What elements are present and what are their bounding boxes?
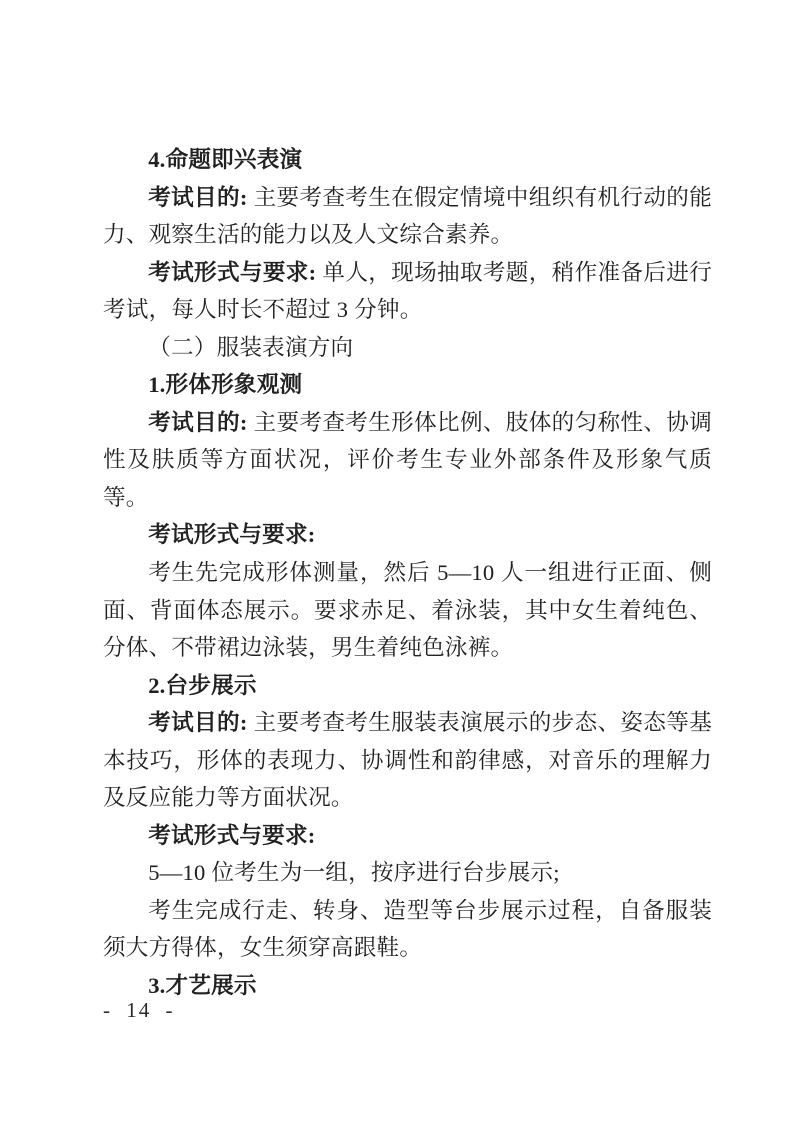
document-page: 4.命题即兴表演 考试目的: 主要考查考生在假定情境中组织有机行动的能力、观察生…: [0, 0, 794, 1123]
paragraph-label: 考试目的:: [148, 185, 247, 210]
heading-text: 考试形式与要求:: [148, 823, 315, 848]
section-heading-fashion-performance: （二）服装表演方向: [103, 329, 712, 367]
heading-exam-format-3: 考试形式与要求:: [103, 817, 712, 855]
paragraph-exam-purpose-1: 考试目的: 主要考查考生在假定情境中组织有机行动的能力、观察生活的能力以及人文综…: [103, 179, 712, 254]
heading-text: 2.台步展示: [148, 673, 257, 698]
heading-text: 4.命题即兴表演: [148, 147, 302, 172]
heading-2-runway-walk: 2.台步展示: [103, 667, 712, 705]
paragraph-exam-format-1: 考试形式与要求: 单人，现场抽取考题，稍作准备后进行考试，每人时长不超过 3 分…: [103, 254, 712, 329]
paragraph-body-measurement: 考生先完成形体测量，然后 5—10 人一组进行正面、侧面、背面体态展示。要求赤足…: [103, 554, 712, 667]
paragraph-group-order: 5—10 位考生为一组，按序进行台步展示;: [103, 854, 712, 892]
heading-3-talent-show: 3.才艺展示: [103, 967, 712, 1005]
paragraph-label: 考试目的:: [148, 710, 247, 735]
section-heading-text: （二）服装表演方向: [148, 335, 353, 360]
paragraph-text: 5—10 位考生为一组，按序进行台步展示;: [148, 860, 560, 885]
paragraph-exam-purpose-2: 考试目的: 主要考查考生形体比例、肢体的匀称性、协调性及肤质等方面状况，评价考生…: [103, 404, 712, 517]
paragraph-text: 考生先完成形体测量，然后 5—10 人一组进行正面、侧面、背面体态展示。要求赤足…: [103, 560, 712, 660]
heading-4-improv-performance: 4.命题即兴表演: [103, 141, 712, 179]
heading-text: 考试形式与要求:: [148, 522, 315, 547]
heading-1-body-figure-observation: 1.形体形象观测: [103, 366, 712, 404]
heading-text: 3.才艺展示: [148, 973, 257, 998]
page-number: - 14 -: [103, 998, 175, 1023]
paragraph-label: 考试目的:: [148, 410, 247, 435]
heading-exam-format-2: 考试形式与要求:: [103, 516, 712, 554]
paragraph-walk-requirements: 考生完成行走、转身、造型等台步展示过程，自备服装须大方得体，女生须穿高跟鞋。: [103, 892, 712, 967]
paragraph-label: 考试形式与要求:: [148, 260, 316, 285]
document-body: 4.命题即兴表演 考试目的: 主要考查考生在假定情境中组织有机行动的能力、观察生…: [103, 141, 712, 1005]
paragraph-text: 考生完成行走、转身、造型等台步展示过程，自备服装须大方得体，女生须穿高跟鞋。: [103, 898, 712, 961]
paragraph-exam-purpose-3: 考试目的: 主要考查考生服装表演展示的步态、姿态等基本技巧，形体的表现力、协调性…: [103, 704, 712, 817]
heading-text: 1.形体形象观测: [148, 372, 302, 397]
